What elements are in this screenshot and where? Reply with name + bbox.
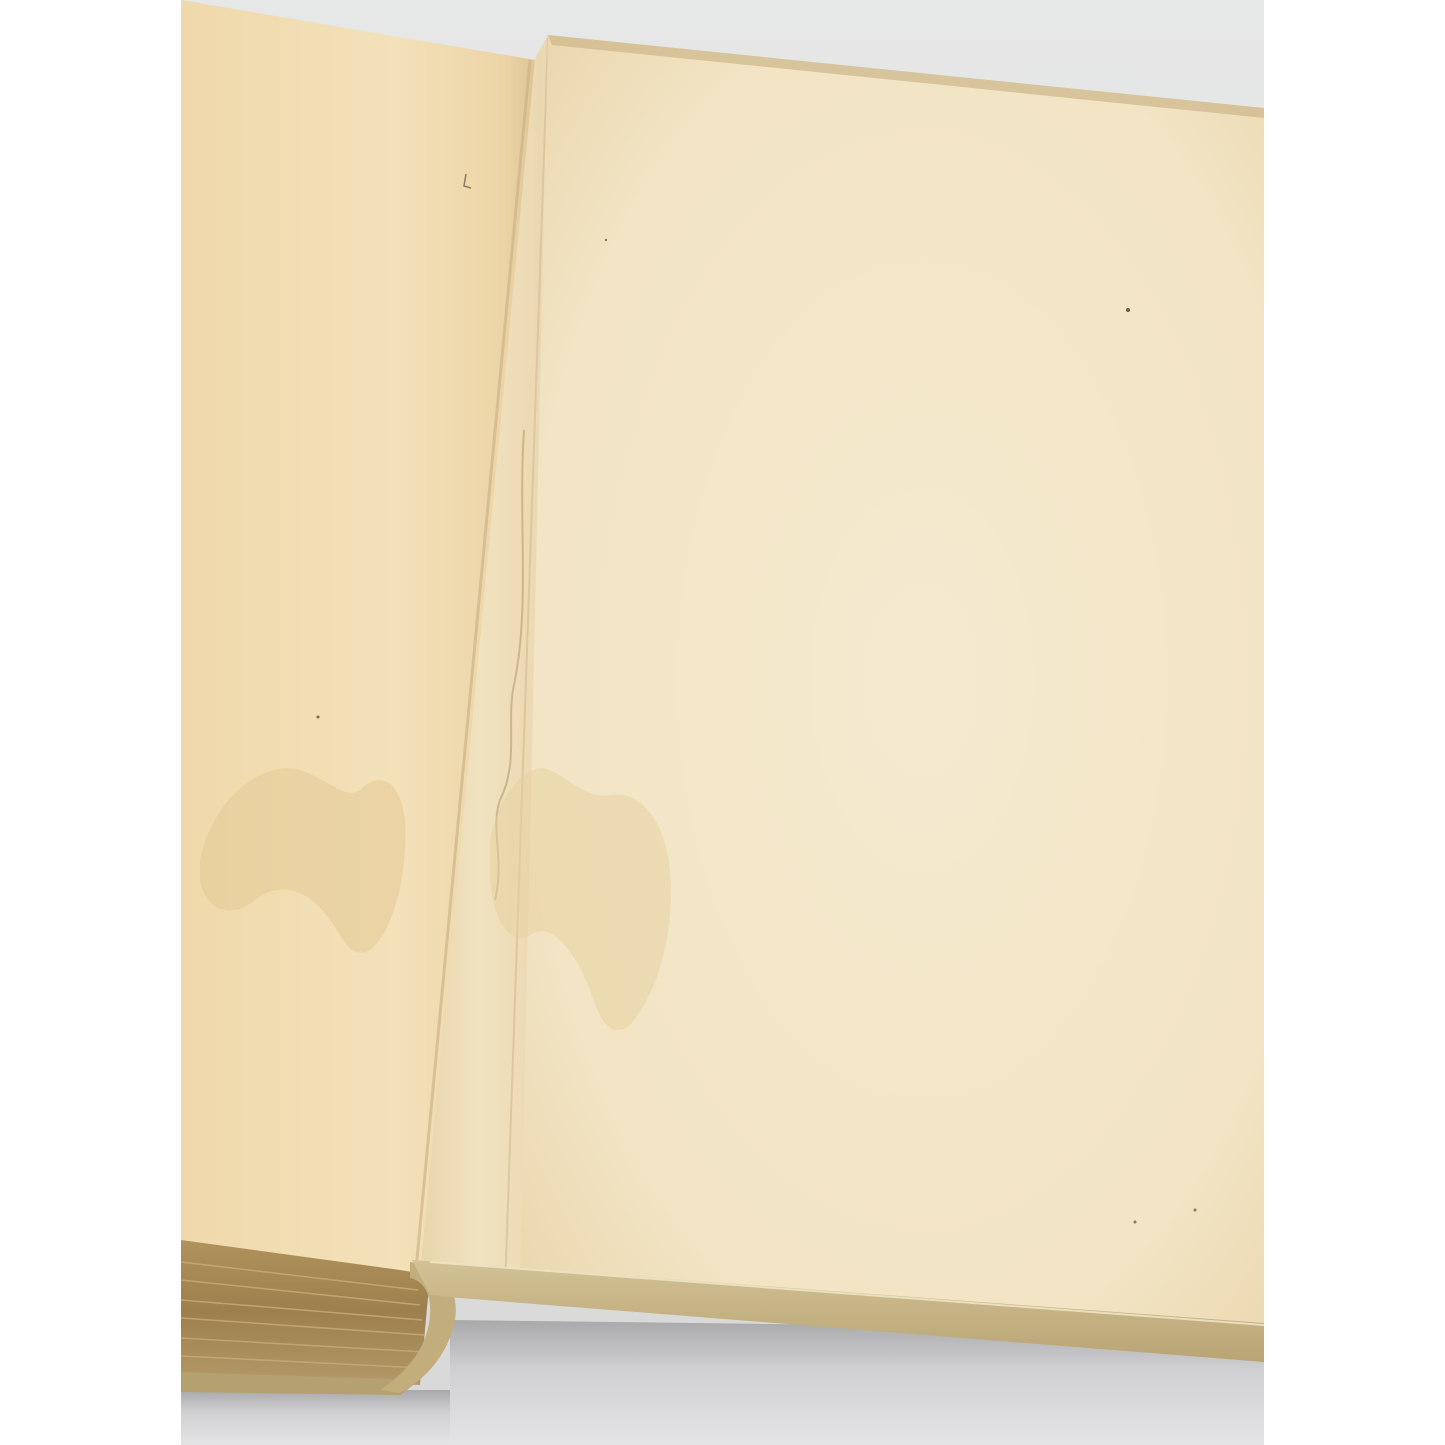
book-photo: [181, 0, 1264, 1445]
right-padding: [1264, 0, 1445, 1445]
left-padding: [0, 0, 181, 1445]
right-pastedown: [505, 35, 1264, 1325]
